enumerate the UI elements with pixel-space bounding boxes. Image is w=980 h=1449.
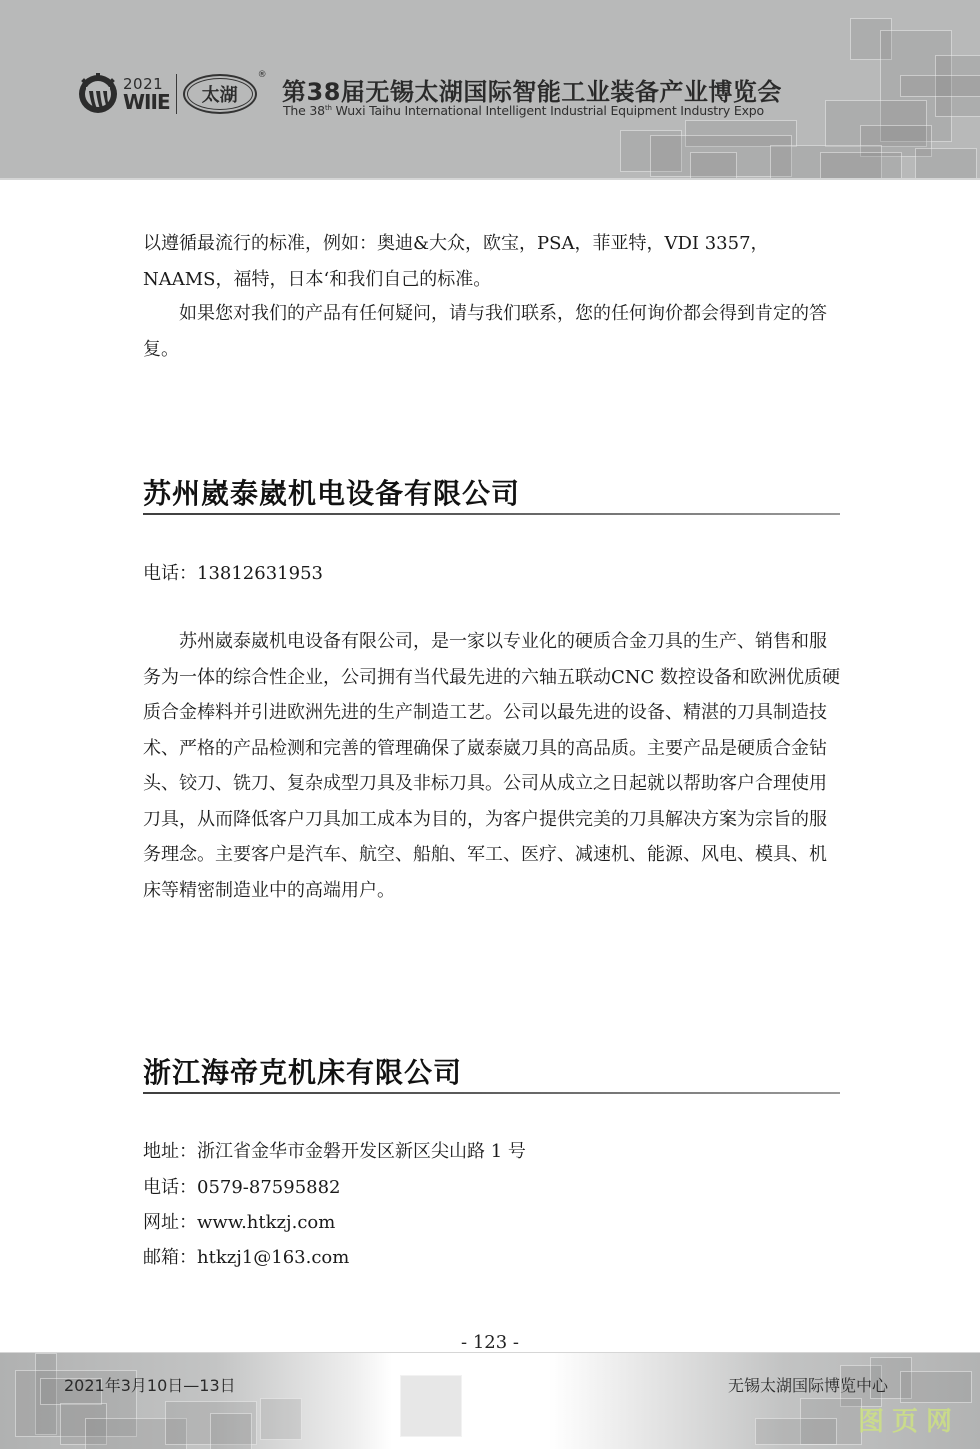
registered-mark: ® — [258, 70, 267, 80]
phone-value: 0579-87595882 — [197, 1177, 341, 1198]
decor-rect — [690, 152, 737, 180]
logo-separator — [176, 74, 177, 114]
decor-rect — [260, 1398, 302, 1440]
page-header: 2021 WIIE 太湖 ® 第38届无锡太湖国际智能工业装备产业博览会 The… — [0, 0, 980, 180]
page-number: - 123 - — [0, 1332, 980, 1353]
company-title: 苏州崴泰崴机电设备有限公司 — [143, 472, 520, 512]
phone-label: 电话： — [143, 563, 197, 584]
address-value: 浙江省金华市金磐开发区新区尖山路 1 号 — [197, 1141, 526, 1162]
company-description: 苏州崴泰崴机电设备有限公司，是一家以专业化的硬质合金刀具的生产、销售和服务为一体… — [143, 624, 840, 908]
website-value[interactable]: www.htkzj.com — [197, 1212, 335, 1233]
decor-rect — [915, 148, 977, 180]
taihu-brand-logo: 太湖 ® — [183, 74, 257, 114]
expo-date: 2021年3月10日—13日 — [64, 1373, 236, 1396]
company-phone: 电话：13812631953 — [143, 556, 323, 591]
website-label: 网址： — [143, 1212, 197, 1233]
phone-label: 电话： — [143, 1177, 197, 1198]
title-en-suffix: Wuxi Taihu International Intelligent Ind… — [332, 103, 764, 118]
decor-rect — [900, 1371, 972, 1403]
continuation-paragraph-1: 以遵循最流行的标准，例如：奥迪&大众，欧宝，PSA，菲亚特，VDI 3357，N… — [143, 226, 840, 297]
logo-name: WIIE — [123, 92, 170, 112]
email-value[interactable]: htkzj1@163.com — [197, 1247, 349, 1268]
phone-value: 13812631953 — [197, 563, 323, 584]
section-divider — [143, 1092, 840, 1094]
expo-venue: 无锡太湖国际博览中心 — [728, 1373, 888, 1396]
decor-rect — [210, 1413, 252, 1449]
company-address: 地址：浙江省金华市金磐开发区新区尖山路 1 号 — [143, 1134, 526, 1169]
company-title: 浙江海帝克机床有限公司 — [143, 1051, 462, 1091]
wiie-wordmark: 2021 WIIE — [123, 77, 170, 112]
company-phone: 电话：0579-87595882 — [143, 1170, 341, 1205]
expo-logo: 2021 WIIE 太湖 ® — [77, 70, 257, 118]
title-en-prefix: The 38 — [283, 103, 325, 118]
decor-rect — [400, 1375, 462, 1437]
email-label: 邮箱： — [143, 1247, 197, 1268]
company-email: 邮箱：htkzj1@163.com — [143, 1240, 349, 1275]
section-divider — [143, 513, 840, 515]
gear-logo-icon — [77, 73, 119, 115]
site-watermark: 图页网 — [858, 1401, 960, 1438]
decor-rect — [755, 1418, 837, 1445]
company-website: 网址：www.htkzj.com — [143, 1205, 335, 1240]
page-footer: 2021年3月10日—13日 无锡太湖国际博览中心 图页网 — [0, 1353, 980, 1449]
decor-rect — [820, 152, 902, 180]
expo-title-cn: 第38届无锡太湖国际智能工业装备产业博览会 — [282, 72, 782, 107]
title-en-ordinal: th — [325, 104, 332, 112]
decor-rect — [900, 75, 980, 97]
address-label: 地址： — [143, 1141, 197, 1162]
brand-text: 太湖 — [202, 81, 238, 107]
expo-title-en: The 38th Wuxi Taihu International Intell… — [283, 103, 764, 118]
continuation-paragraph-2: 如果您对我们的产品有任何疑问，请与我们联系，您的任何询价都会得到肯定的答复。 — [143, 296, 840, 367]
